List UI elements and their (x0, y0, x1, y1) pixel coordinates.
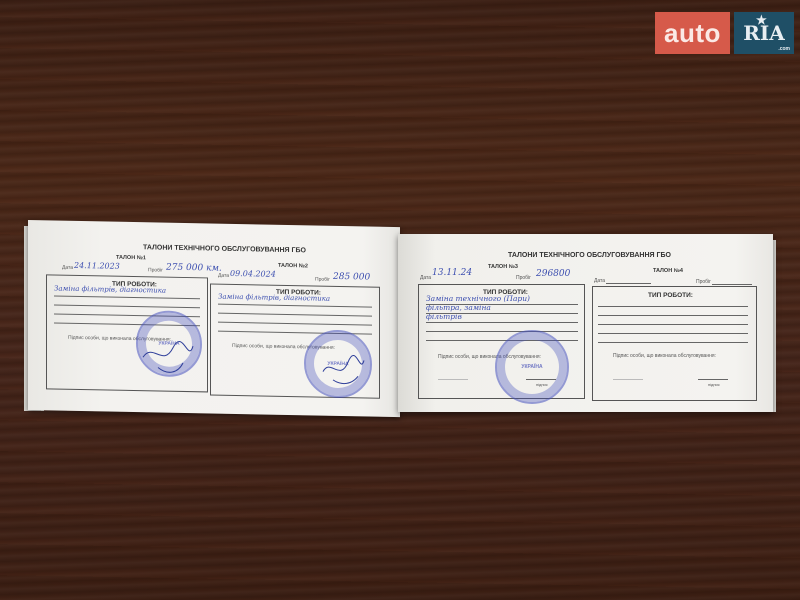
coupon-3-stamp: УКРАЇНА (495, 330, 569, 404)
coupon-1-mileage-value: 275 000 км. (166, 263, 222, 274)
sign-line (698, 379, 728, 380)
coupon-4-date-label: Дата (594, 278, 605, 284)
coupon-1-mileage-label: Пробіг (148, 267, 163, 273)
coupon-3-mileage-label: Пробіг (516, 275, 531, 281)
coupon-3-label: ТАЛОН №3 (488, 264, 518, 270)
page-title: ТАЛОНИ ТЕХНІЧНОГО ОБСЛУГОВУВАННЯ ГБО (508, 252, 671, 259)
coupon-2-date-value: 09.04.2024 (230, 269, 276, 279)
coupon-4-label: ТАЛОН №4 (653, 268, 683, 274)
coupon-2-signature (318, 354, 368, 389)
coupon-4-signature-label: Підпис особи, що виконала обслуговування… (613, 353, 716, 359)
logo-domain: .com (778, 46, 790, 52)
form-line (598, 306, 748, 307)
coupon-2-label: ТАЛОН №2 (278, 263, 308, 270)
form-line (426, 304, 578, 305)
booklet-left-page: ТАЛОНИ ТЕХНІЧНОГО ОБСЛУГОВУВАННЯ ГБО ТАЛ… (28, 220, 400, 417)
coupon-3-date-label: Дата (420, 275, 431, 281)
logo-ria-part: ★ RIA .com (734, 12, 794, 54)
form-line (598, 333, 748, 334)
coupon-4-mileage-field[interactable] (712, 284, 752, 285)
form-line (598, 324, 748, 325)
coupon-1-signature (138, 337, 198, 378)
date-line (613, 379, 643, 380)
coupon-3-work-type-line-1: Заміна технічного (Пари) (426, 294, 530, 303)
booklet-right-page: ТАЛОНИ ТЕХНІЧНОГО ОБСЛУГОВУВАННЯ ГБО ТАЛ… (398, 234, 773, 412)
coupon-1-label: ТАЛОН №1 (116, 255, 146, 262)
coupon-1-date-label: Дата (62, 265, 73, 271)
coupon-4-mileage-label: Пробіг (696, 279, 711, 285)
coupon-4-work-type-label: ТИП РОБОТИ: (648, 292, 693, 299)
form-line (426, 322, 578, 323)
form-line (598, 315, 748, 316)
logo-auto-part: auto (655, 12, 730, 54)
form-line (598, 342, 748, 343)
coupon-2-mileage-value: 285 000 (333, 272, 370, 283)
date-line (438, 379, 468, 380)
coupon-2-date-label: Дата (218, 273, 229, 279)
coupon-2-mileage-label: Пробіг (315, 277, 330, 283)
coupon-4-box (592, 286, 757, 401)
coupon-1-date-value: 24.11.2023 (74, 261, 120, 271)
sign-caption: підпис (708, 382, 720, 387)
coupon-3-date-value: 13.11.24 (432, 268, 472, 278)
form-line (426, 313, 578, 314)
coupon-4-date-field[interactable] (606, 283, 651, 284)
star-icon: ★ (756, 13, 767, 27)
coupon-3-mileage-value: 296800 (536, 269, 570, 279)
page-title: ТАЛОНИ ТЕХНІЧНОГО ОБСЛУГОВУВАННЯ ГБО (143, 244, 306, 254)
autoria-logo[interactable]: auto ★ RIA .com (655, 12, 794, 54)
